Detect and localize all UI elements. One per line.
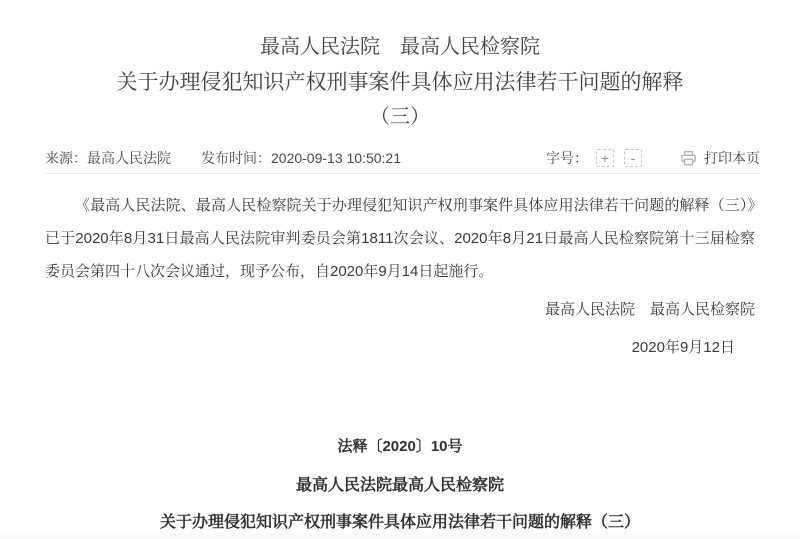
page-title-line2: 关于办理侵犯知识产权刑事案件具体应用法律若干问题的解释 xyxy=(0,65,800,100)
source-pair: 来源： 最高人民法院 xyxy=(45,148,171,168)
bottom-strip xyxy=(0,533,800,539)
article-page: 最高人民法院 最高人民检察院 关于办理侵犯知识产权刑事案件具体应用法律若干问题的… xyxy=(0,0,800,539)
meta-bar: 来源： 最高人民法院 发布时间： 2020-09-13 10:50:21 字号：… xyxy=(45,142,760,174)
publish-time-pair: 发布时间： 2020-09-13 10:50:21 xyxy=(201,148,401,168)
document-header: 最高人民法院 最高人民检察院 关于办理侵犯知识产权刑事案件具体应用法律若干问题的… xyxy=(0,30,800,135)
font-decrease-button[interactable]: - xyxy=(624,149,642,167)
print-label: 打印本页 xyxy=(704,148,760,168)
announcement-paragraph: 《最高人民法院、最高人民检察院关于办理侵犯知识产权刑事案件具体应用法律若干问题的… xyxy=(45,189,755,288)
font-size-label: 字号： xyxy=(546,148,588,168)
page-title-line3: （三） xyxy=(0,100,800,135)
signature-issuers: 最高人民法院 最高人民检察院 xyxy=(45,293,755,326)
source-label: 来源： xyxy=(45,148,87,168)
print-button[interactable]: 打印本页 xyxy=(680,148,760,168)
article-body: 《最高人民法院、最高人民检察院关于办理侵犯知识产权刑事案件具体应用法律若干问题的… xyxy=(45,189,755,364)
page-tools: 字号： + - 打印本页 xyxy=(546,148,760,168)
signature-date: 2020年9月12日 xyxy=(45,331,755,364)
document-number: 法释〔2020〕10号 xyxy=(0,435,800,456)
font-increase-button[interactable]: + xyxy=(596,149,614,167)
document-title: 关于办理侵犯知识产权刑事案件具体应用法律若干问题的解释（三） xyxy=(0,509,800,532)
meta-info: 来源： 最高人民法院 发布时间： 2020-09-13 10:50:21 xyxy=(45,148,401,168)
document-issuer: 最高人民法院最高人民检察院 xyxy=(0,472,800,495)
page-title-line1: 最高人民法院 最高人民检察院 xyxy=(0,30,800,65)
source-value: 最高人民法院 xyxy=(87,148,171,168)
printer-icon xyxy=(680,150,704,166)
publish-time-label: 发布时间： xyxy=(201,148,271,168)
publish-time-value: 2020-09-13 10:50:21 xyxy=(271,150,401,166)
